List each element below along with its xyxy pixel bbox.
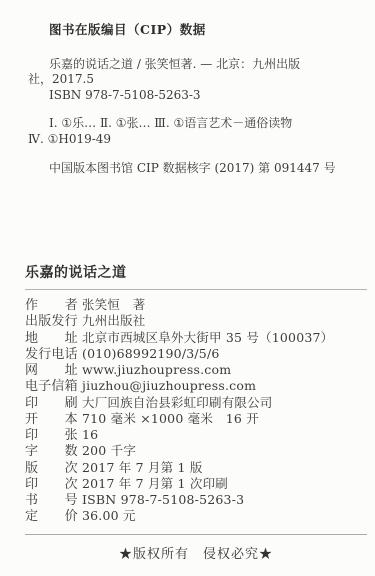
cip-record-line-2: 社，2017.5 [28,72,359,88]
colophon-section: 乐嘉的说话之道 作 者 张笑恒 著 出版发行 九州出版社 地 址 北京市西城区阜… [25,262,367,562]
row-value: ISBN 978-7-5108-5263-3 [82,492,367,508]
cip-record-line-3: ISBN 978-7-5108-5263-3 [28,88,359,104]
copyright-page: 图书在版编目（CIP）数据 乐嘉的说话之道 / 张笑恒著. — 北京：九州出版 … [0,0,375,576]
row-value: 200 千字 [82,443,367,459]
divider-top [25,289,367,290]
row-value: 张笑恒 著 [82,297,367,313]
row-label: 网 址 [25,363,82,379]
table-row-isbn: 书 号 ISBN 978-7-5108-5263-3 [25,492,367,508]
cip-classification-line-2: Ⅳ. ①H019-49 [28,132,359,148]
row-label: 印 刷 [25,396,82,412]
row-value: 北京市西城区阜外大街甲 35 号（100037） [82,330,367,346]
table-row-printer: 印 刷 大厂回族自治县彩虹印刷有限公司 [25,395,367,411]
cip-registry-notice: 中国版本图书馆 CIP 数据核字 (2017) 第 091447 号 [28,161,359,177]
table-row-format: 开 本 710 毫米 ×1000 毫米 16 开 [25,411,367,427]
spacer [25,525,367,534]
row-value: 大厂回族自治县彩虹印刷有限公司 [82,395,367,411]
row-label: 电子信箱 [25,379,82,395]
cip-record-line-1: 乐嘉的说话之道 / 张笑恒著. — 北京：九州出版 [28,57,359,73]
row-label: 印 次 [25,477,82,493]
row-label: 定 价 [25,509,82,525]
row-value: www.jiuzhoupress.com [82,362,367,378]
row-label: 发行电话 [25,347,82,363]
row-label: 开 本 [25,412,82,428]
book-title: 乐嘉的说话之道 [25,262,367,282]
table-row-phone: 发行电话 (010)68992190/3/5/6 [25,346,367,362]
cip-heading: 图书在版编目（CIP）数据 [49,22,359,38]
row-value: 36.00 元 [82,508,367,524]
row-label: 作 者 [25,298,82,314]
row-value: (010)68992190/3/5/6 [82,346,367,362]
row-label: 印 张 [25,428,82,444]
table-row-email: 电子信箱 jiuzhou@jiuzhoupress.com [25,378,367,394]
table-row-publisher: 出版发行 九州出版社 [25,313,367,329]
table-row-address: 地 址 北京市西城区阜外大街甲 35 号（100037） [25,330,367,346]
table-row-price: 定 价 36.00 元 [25,508,367,524]
cip-classification-line-1: Ⅰ. ①乐… Ⅱ. ①张… Ⅲ. ①语言艺术－通俗读物 [28,116,359,132]
table-row-impression: 印 次 2017 年 7 月第 1 次印刷 [25,476,367,492]
row-label: 书 号 [25,493,82,509]
copyright-warning: ★版权所有 侵权必究★ [25,543,367,562]
row-label: 地 址 [25,331,82,347]
cip-classification: Ⅰ. ①乐… Ⅱ. ①张… Ⅲ. ①语言艺术－通俗读物 Ⅳ. ①H019-49 [28,116,359,147]
row-value: 九州出版社 [82,313,367,329]
table-row-edition: 版 次 2017 年 7 月第 1 版 [25,460,367,476]
row-value: jiuzhou@jiuzhoupress.com [82,378,367,394]
publication-info-table: 作 者 张笑恒 著 出版发行 九州出版社 地 址 北京市西城区阜外大街甲 35 … [25,297,367,525]
row-value: 2017 年 7 月第 1 次印刷 [82,476,367,492]
row-value: 2017 年 7 月第 1 版 [82,460,367,476]
table-row-wordcount: 字 数 200 千字 [25,443,367,459]
divider-bottom [25,534,367,535]
cip-record-paragraph: 乐嘉的说话之道 / 张笑恒著. — 北京：九州出版 社，2017.5 ISBN … [28,57,359,104]
row-value: 710 毫米 ×1000 毫米 16 开 [82,411,367,427]
cip-data-section: 图书在版编目（CIP）数据 乐嘉的说话之道 / 张笑恒著. — 北京：九州出版 … [0,0,375,177]
table-row-sheets: 印 张 16 [25,427,367,443]
table-row-website: 网 址 www.jiuzhoupress.com [25,362,367,378]
row-label: 版 次 [25,461,82,477]
row-value: 16 [82,427,367,443]
table-row-author: 作 者 张笑恒 著 [25,297,367,313]
row-label: 字 数 [25,444,82,460]
row-label: 出版发行 [25,314,82,330]
